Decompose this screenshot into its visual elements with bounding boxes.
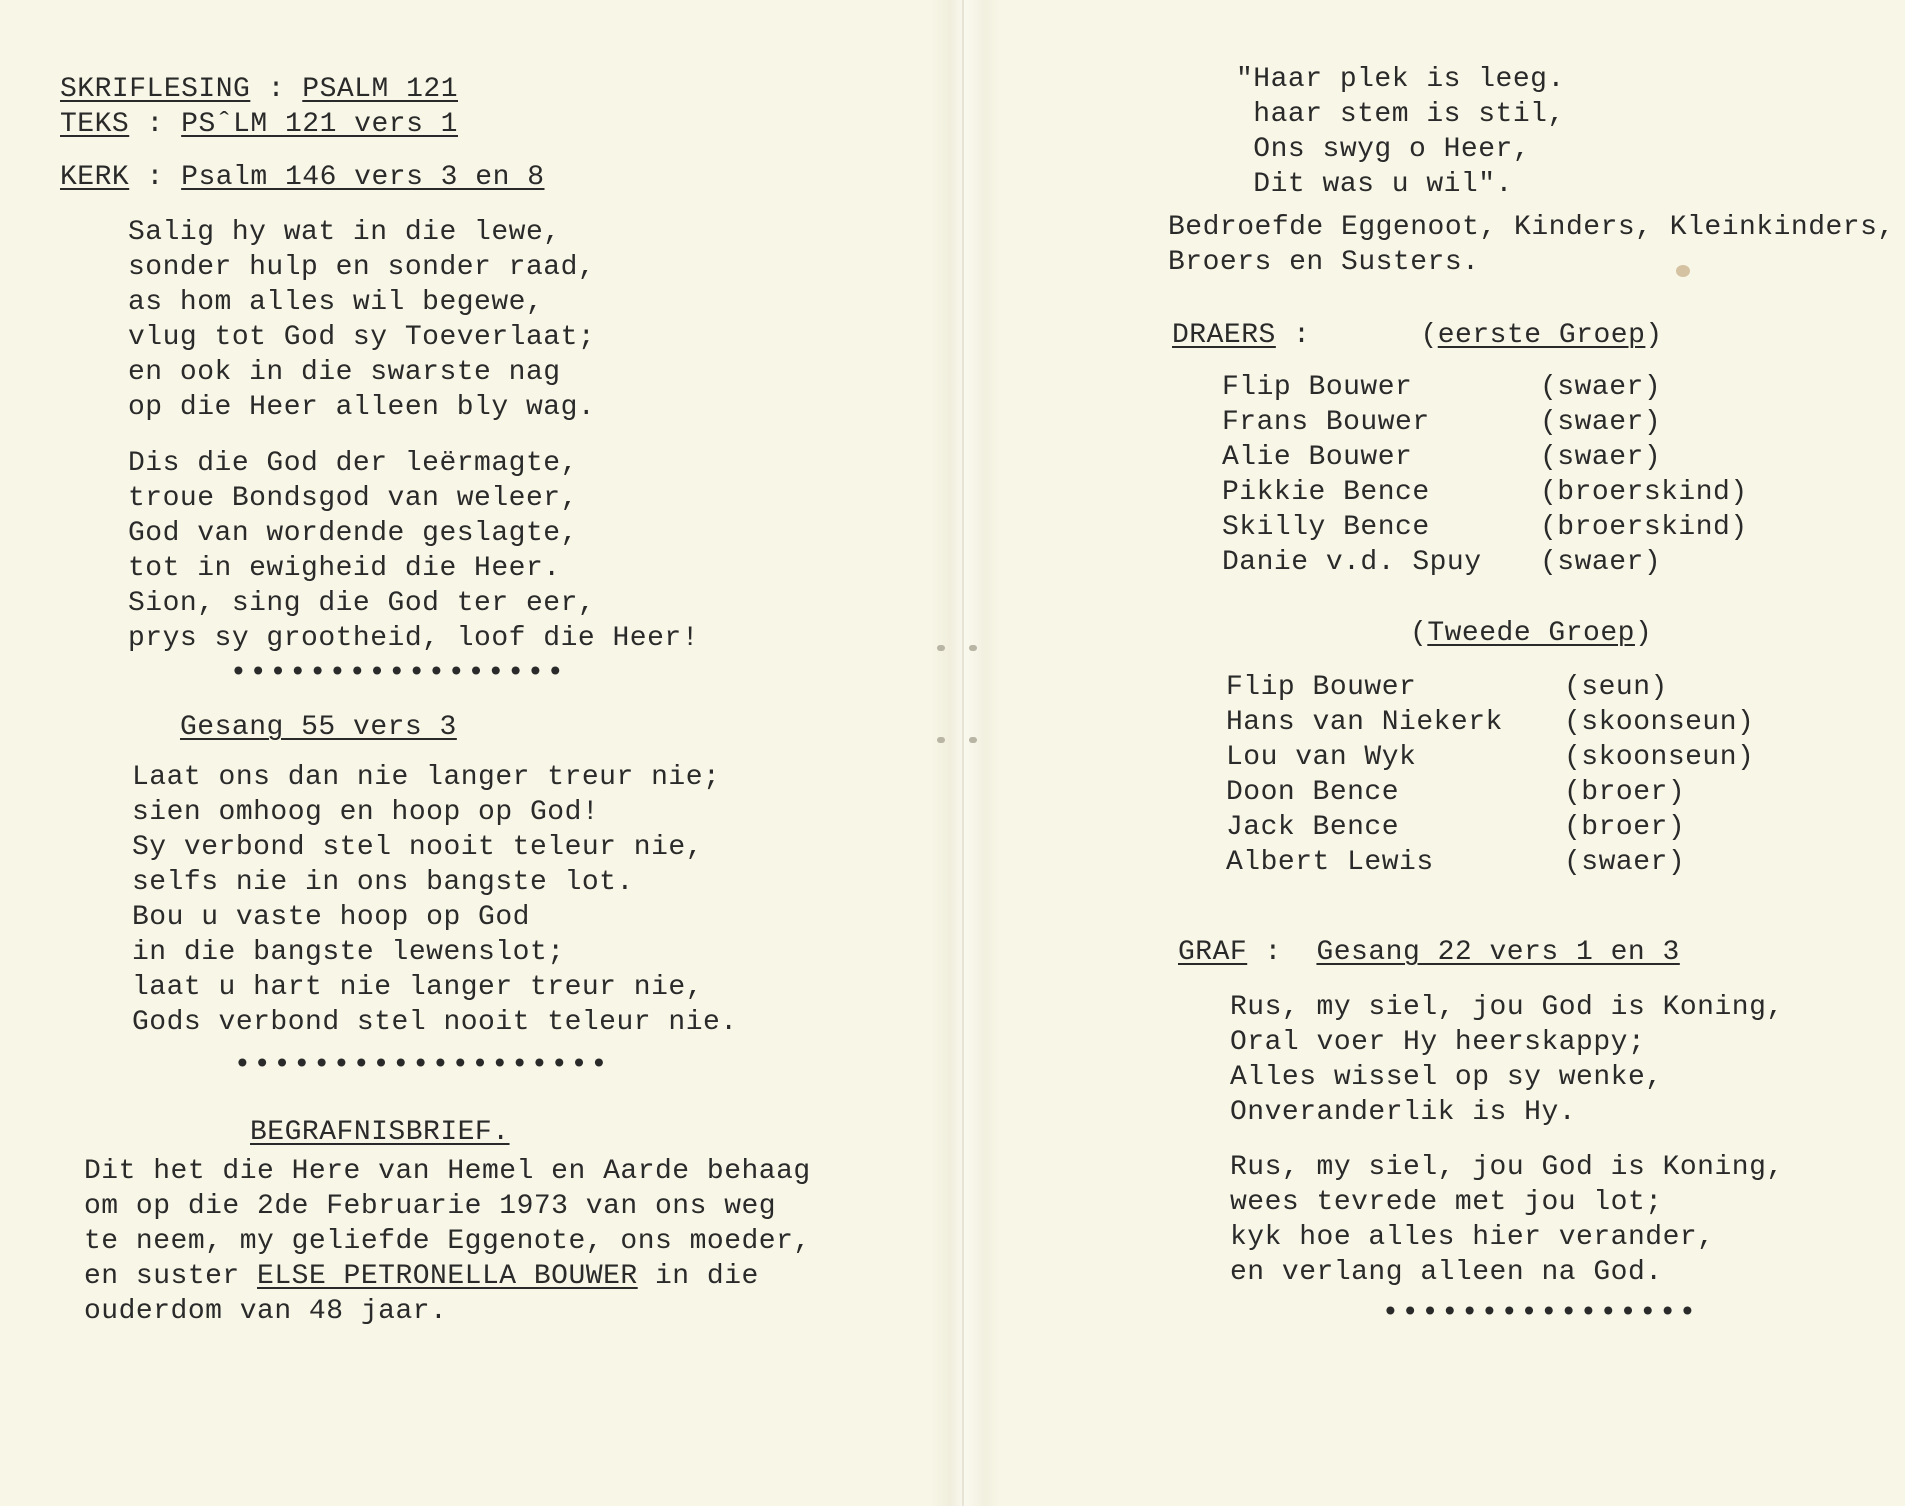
- separator: :: [250, 74, 302, 105]
- verse-line: en ook in die swarste nag: [128, 355, 595, 390]
- verse-line: troue Bondsgod van weleer,: [128, 481, 699, 516]
- pallbearer-row: Hans van Niekerk(skoonseun): [1226, 705, 1754, 740]
- verse-line: prys sy grootheid, loof die Heer!: [128, 621, 699, 656]
- verse-line: op die Heer alleen bly wag.: [128, 390, 595, 425]
- pallbearers-group-1: Flip Bouwer(swaer) Frans Bouwer(swaer) A…: [1222, 370, 1748, 580]
- letter-line: ouderdom van 48 jaar.: [84, 1294, 811, 1329]
- family-line: Broers en Susters.: [1168, 245, 1895, 280]
- pallbearer-relation: (skoonseun): [1564, 705, 1754, 740]
- verse-line: Bou u vaste hoop op God: [132, 900, 738, 935]
- pallbearer-row: Flip Bouwer(seun): [1226, 670, 1754, 705]
- dotted-divider: ••••••••••••••••: [1382, 1296, 1784, 1331]
- verse-line: Onveranderlik is Hy.: [1230, 1095, 1784, 1130]
- verse-line: Sy verbond stel nooit teleur nie,: [132, 830, 738, 865]
- verse-line: Salig hy wat in die lewe,: [128, 215, 595, 250]
- pallbearer-relation: (broerskind): [1540, 510, 1748, 545]
- gesang-title-text: Gesang 55 vers 3: [180, 710, 457, 745]
- pallbearer-relation: (swaer): [1564, 845, 1685, 880]
- psalm-stanza-1: Salig hy wat in die lewe, sonder hulp en…: [128, 215, 595, 425]
- letter-line: om op die 2de Februarie 1973 van ons weg: [84, 1189, 811, 1224]
- pallbearer-relation: (skoonseun): [1564, 740, 1754, 775]
- gesang-verse: Laat ons dan nie langer treur nie; sien …: [132, 760, 738, 1083]
- separator: :: [1247, 937, 1299, 968]
- bereaved-family: Bedroefde Eggenoot, Kinders, Kleinkinder…: [1168, 210, 1895, 280]
- verse-line: Sion, sing die God ter eer,: [128, 586, 699, 621]
- staple-mark: [969, 737, 977, 743]
- begrafnisbrief-title: BEGRAFNISBRIEF.: [250, 1115, 510, 1150]
- pallbearer-name: Hans van Niekerk: [1226, 705, 1564, 740]
- pallbearer-relation: (seun): [1564, 670, 1668, 705]
- staple-mark: [969, 645, 977, 651]
- pallbearer-name: Alie Bouwer: [1222, 440, 1540, 475]
- graf-value: Gesang 22 vers 1 en 3: [1316, 937, 1679, 968]
- draers-label: DRAERS: [1172, 320, 1276, 351]
- pallbearer-relation: (swaer): [1540, 545, 1661, 580]
- pallbearer-row: Pikkie Bence(broerskind): [1222, 475, 1748, 510]
- pallbearer-relation: (swaer): [1540, 440, 1661, 475]
- quote-line: Dit was u wil".: [1236, 167, 1565, 202]
- verse-line: as hom alles wil begewe,: [128, 285, 595, 320]
- teks-value: PSˆLM 121 vers 1: [181, 109, 458, 140]
- pallbearer-row: Doon Bence(broer): [1226, 775, 1754, 810]
- verse-line: Gods verbond stel nooit teleur nie.: [132, 1005, 738, 1040]
- verse-line: Laat ons dan nie langer treur nie;: [132, 760, 738, 795]
- pallbearer-row: Jack Bence(broer): [1226, 810, 1754, 845]
- quote-line: "Haar plek is leeg.: [1236, 62, 1565, 97]
- pallbearer-name: Danie v.d. Spuy: [1222, 545, 1540, 580]
- pallbearer-row: Danie v.d. Spuy(swaer): [1222, 545, 1748, 580]
- quote-line: Ons swyg o Heer,: [1236, 132, 1565, 167]
- verse-line: selfs nie in ons bangste lot.: [132, 865, 738, 900]
- graf-label: GRAF: [1178, 937, 1247, 968]
- verse-line: God van wordende geslagte,: [128, 516, 699, 551]
- separator: :: [129, 109, 181, 140]
- verse-line: Rus, my siel, jou God is Koning,: [1230, 990, 1784, 1025]
- left-page-header: SKRIFLESING : PSALM 121 TEKS : PSˆLM 121…: [60, 72, 545, 195]
- letter-title-text: BEGRAFNISBRIEF.: [250, 1115, 510, 1150]
- verse-line: kyk hoe alles hier verander,: [1230, 1220, 1784, 1255]
- pallbearer-name: Albert Lewis: [1226, 845, 1564, 880]
- verse-line: Alles wissel op sy wenke,: [1230, 1060, 1784, 1095]
- psalm-stanza-2: Dis die God der leërmagte, troue Bondsgo…: [128, 446, 699, 691]
- draers-header: DRAERS :(eerste Groep): [1172, 318, 1663, 353]
- pallbearer-name: Flip Bouwer: [1222, 370, 1540, 405]
- verse-line: in die bangste lewenslot;: [132, 935, 738, 970]
- letter-line: te neem, my geliefde Eggenote, ons moede…: [84, 1224, 811, 1259]
- pallbearer-row: Lou van Wyk(skoonseun): [1226, 740, 1754, 775]
- letter-line: in die: [638, 1261, 759, 1292]
- pallbearer-row: Frans Bouwer(swaer): [1222, 405, 1748, 440]
- pallbearer-row: Alie Bouwer(swaer): [1222, 440, 1748, 475]
- memorial-quote: "Haar plek is leeg. haar stem is stil, O…: [1236, 62, 1565, 202]
- pallbearer-row: Flip Bouwer(swaer): [1222, 370, 1748, 405]
- graf-stanza-1: Rus, my siel, jou God is Koning, Oral vo…: [1230, 990, 1784, 1130]
- letter-line: en suster: [84, 1261, 257, 1292]
- pallbearer-relation: (broerskind): [1540, 475, 1748, 510]
- pallbearer-name: Skilly Bence: [1222, 510, 1540, 545]
- group2-header: (Tweede Groep): [1410, 616, 1652, 651]
- verse-line: sonder hulp en sonder raad,: [128, 250, 595, 285]
- separator: :: [1276, 320, 1311, 351]
- pallbearer-name: Pikkie Bence: [1222, 475, 1540, 510]
- staple-mark: [937, 737, 945, 743]
- dotted-divider: •••••••••••••••••••: [234, 1048, 738, 1083]
- pallbearer-name: Frans Bouwer: [1222, 405, 1540, 440]
- staple-mark: [937, 645, 945, 651]
- skriflesing-label: SKRIFLESING: [60, 74, 250, 105]
- dotted-divider: •••••••••••••••••: [230, 656, 699, 691]
- verse-line: Rus, my siel, jou God is Koning,: [1230, 1150, 1784, 1185]
- verse-line: laat u hart nie langer treur nie,: [132, 970, 738, 1005]
- page-fold: [962, 0, 964, 1506]
- pallbearers-group-2: Flip Bouwer(seun) Hans van Niekerk(skoon…: [1226, 670, 1754, 880]
- skriflesing-value: PSALM 121: [302, 74, 458, 105]
- teks-label: TEKS: [60, 109, 129, 140]
- begrafnisbrief-body: Dit het die Here van Hemel en Aarde beha…: [84, 1154, 811, 1329]
- pallbearer-name: Lou van Wyk: [1226, 740, 1564, 775]
- pallbearer-name: Jack Bence: [1226, 810, 1564, 845]
- pallbearer-row: Skilly Bence(broerskind): [1222, 510, 1748, 545]
- kerk-label: KERK: [60, 162, 129, 193]
- verse-line: wees tevrede met jou lot;: [1230, 1185, 1784, 1220]
- group2-title: Tweede Groep: [1427, 618, 1635, 649]
- gesang-title: Gesang 55 vers 3: [180, 710, 457, 745]
- graf-stanza-2: Rus, my siel, jou God is Koning, wees te…: [1230, 1150, 1784, 1331]
- pallbearer-relation: (broer): [1564, 775, 1685, 810]
- pallbearer-relation: (swaer): [1540, 370, 1661, 405]
- pallbearer-relation: (swaer): [1540, 405, 1661, 440]
- pallbearer-relation: (broer): [1564, 810, 1685, 845]
- verse-line: Dis die God der leërmagte,: [128, 446, 699, 481]
- deceased-name: ELSE PETRONELLA BOUWER: [257, 1261, 638, 1292]
- kerk-value: Psalm 146 vers 3 en 8: [181, 162, 544, 193]
- verse-line: en verlang alleen na God.: [1230, 1255, 1784, 1290]
- verse-line: vlug tot God sy Toeverlaat;: [128, 320, 595, 355]
- graf-header: GRAF : Gesang 22 vers 1 en 3: [1178, 935, 1680, 970]
- verse-line: sien omhoog en hoop op God!: [132, 795, 738, 830]
- separator: :: [129, 162, 181, 193]
- group1-title: eerste Groep: [1438, 320, 1646, 351]
- letter-line: Dit het die Here van Hemel en Aarde beha…: [84, 1154, 811, 1189]
- pallbearer-name: Flip Bouwer: [1226, 670, 1564, 705]
- quote-line: haar stem is stil,: [1236, 97, 1565, 132]
- pallbearer-name: Doon Bence: [1226, 775, 1564, 810]
- verse-line: tot in ewigheid die Heer.: [128, 551, 699, 586]
- family-line: Bedroefde Eggenoot, Kinders, Kleinkinder…: [1168, 210, 1895, 245]
- verse-line: Oral voer Hy heerskappy;: [1230, 1025, 1784, 1060]
- pallbearer-row: Albert Lewis(swaer): [1226, 845, 1754, 880]
